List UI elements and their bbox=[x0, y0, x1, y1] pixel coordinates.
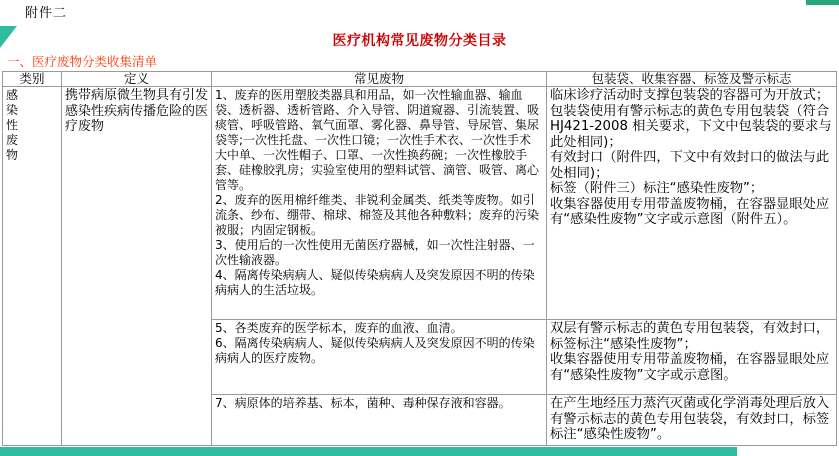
waste-cell-row2: 5、各类废弃的医学标本，废弃的血液、血清。 6、隔离传染病病人、疑似传染病病人及… bbox=[212, 320, 547, 395]
definition-cell: 携带病原微生物具有引发感染性疾病传播危险的医疗废物 bbox=[62, 87, 212, 446]
packaging-line: 收集容器使用专用带盖废物桶，在容器显眼处应有“感染性废物”文字或示意图（附件五）… bbox=[550, 197, 833, 228]
waste-item: 6、隔离传染病病人、疑似传染病病人及突发原因不明的传染病病人的医疗废物。 bbox=[215, 336, 543, 366]
waste-item: 4、隔离传染病病人、疑似传染病病人及突发原因不明的传染病病人的生活垃圾。 bbox=[215, 268, 543, 298]
waste-classification-table: 类别 定义 常见废物 包装袋、收集容器、标签及警示标志 感 染 性 废 物 携带… bbox=[2, 71, 837, 446]
category-char: 感 bbox=[6, 88, 58, 103]
table-row: 感 染 性 废 物 携带病原微生物具有引发感染性疾病传播危险的医疗废物 1、废弃… bbox=[3, 87, 837, 320]
waste-cell-row3: 7、病原体的培养基、标本，菌种、毒种保存液和容器。 bbox=[212, 395, 547, 446]
packaging-line: 临床诊疗活动时支撑包装袋的容器可为开放式； bbox=[550, 88, 833, 104]
waste-item: 1、废弃的医用塑胶类器具和用品，如一次性输血器、输血袋、透析器、透析管路、介入导… bbox=[215, 88, 543, 193]
waste-item: 7、病原体的培养基、标本，菌种、毒种保存液和容器。 bbox=[215, 396, 543, 411]
packaging-line: 包装袋使用有警示标志的黄色专用包装袋（符合 HJ421-2008 相关要求，下文… bbox=[550, 104, 833, 151]
packaging-cell-row1: 临床诊疗活动时支撑包装袋的容器可为开放式； 包装袋使用有警示标志的黄色专用包装袋… bbox=[547, 87, 837, 320]
section-heading: 一、医疗废物分类收集清单 bbox=[7, 52, 157, 70]
header-packaging: 包装袋、收集容器、标签及警示标志 bbox=[547, 72, 837, 87]
header-definition: 定义 bbox=[62, 72, 212, 87]
packaging-line: 有效封口（附件四，下文中有效封口的做法与此处相同)； bbox=[550, 150, 833, 181]
page-title: 医疗机构常见废物分类目录 bbox=[0, 30, 839, 50]
document-page: 附件二 医疗机构常见废物分类目录 一、医疗废物分类收集清单 类别 定义 常见废物… bbox=[0, 0, 839, 456]
header-common-waste: 常见废物 bbox=[212, 72, 547, 87]
packaging-cell-row2: 双层有警示标志的黄色专用包装袋，有效封口，标签标注“感染性废物”； 收集容器使用… bbox=[547, 320, 837, 395]
green-corner-strip bbox=[806, 0, 839, 5]
waste-item: 2、废弃的医用棉纤维类、非锐利金属类、纸类等废物。如引流条、纱布、绷带、棉球、棉… bbox=[215, 193, 543, 238]
teal-bottom-bar bbox=[0, 447, 737, 456]
packaging-line: 标签（附件三）标注“感染性废物”； bbox=[550, 181, 833, 197]
waste-item: 5、各类废弃的医学标本，废弃的血液、血清。 bbox=[215, 321, 543, 336]
waste-item: 3、使用后的一次性使用无菌医疗器械，如一次性注射器、一次性输液器。 bbox=[215, 238, 543, 268]
waste-cell-row1: 1、废弃的医用塑胶类器具和用品，如一次性输血器、输血袋、透析器、透析管路、介入导… bbox=[212, 87, 547, 320]
category-char: 物 bbox=[6, 148, 58, 163]
category-cell: 感 染 性 废 物 bbox=[3, 87, 62, 446]
attachment-label: 附件二 bbox=[25, 2, 67, 21]
packaging-line: 收集容器使用专用带盖废物桶，在容器显眼处应有“感染性废物”文字或示意图。 bbox=[550, 352, 833, 383]
packaging-cell-row3: 在产生地经压力蒸汽灭菌或化学消毒处理后放入有警示标志的黄色专用包装袋，有效封口，… bbox=[547, 395, 837, 446]
category-char: 废 bbox=[6, 133, 58, 148]
packaging-line: 双层有警示标志的黄色专用包装袋，有效封口，标签标注“感染性废物”； bbox=[550, 321, 833, 352]
table-header-row: 类别 定义 常见废物 包装袋、收集容器、标签及警示标志 bbox=[3, 72, 837, 87]
category-char: 染 bbox=[6, 103, 58, 118]
packaging-line: 在产生地经压力蒸汽灭菌或化学消毒处理后放入有警示标志的黄色专用包装袋，有效封口，… bbox=[550, 396, 833, 443]
header-category: 类别 bbox=[3, 72, 62, 87]
category-char: 性 bbox=[6, 118, 58, 133]
